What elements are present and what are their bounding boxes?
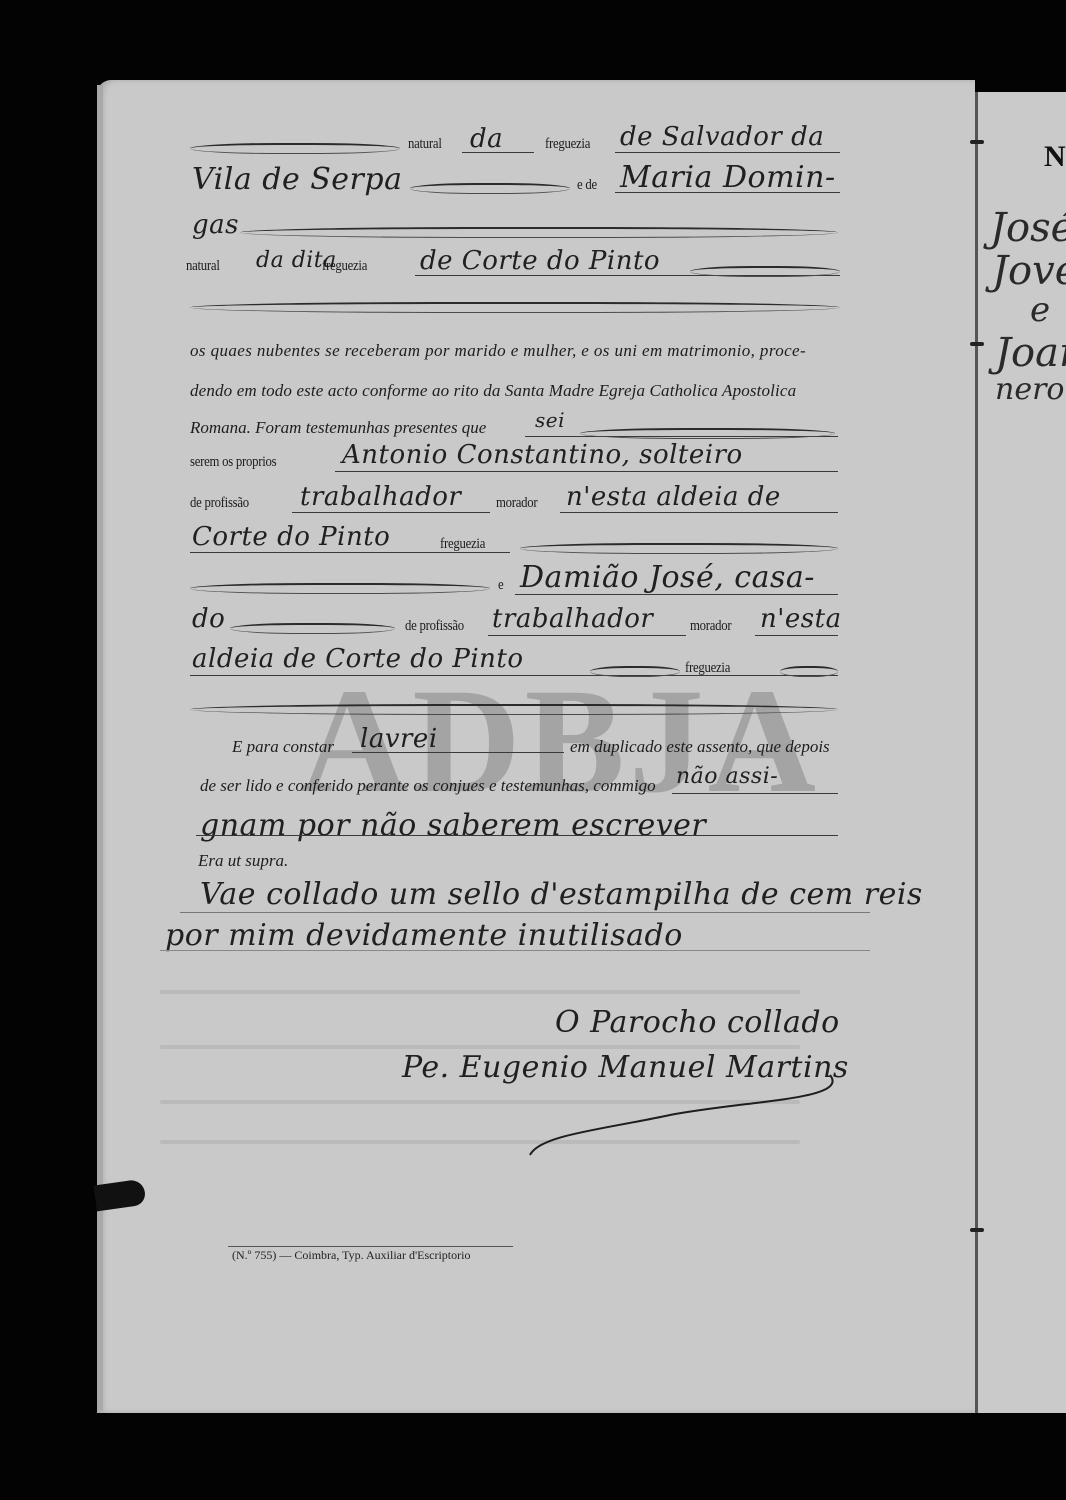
handwritten-field: gas <box>192 210 239 240</box>
printed-paragraph-line: de ser lido e conferido perante os conju… <box>200 776 656 796</box>
facing-page-heading: N <box>1044 140 1066 174</box>
filler-flourish <box>190 583 490 594</box>
printed-label: natural <box>408 136 442 153</box>
witness1-residence-cont: Corte do Pinto <box>192 522 390 552</box>
handwritten-field: de Corte do Pinto <box>420 246 660 276</box>
handwritten-field: gnam por não saberem escrever <box>200 808 706 843</box>
fill-line <box>615 152 840 153</box>
printed-label: morador <box>690 618 731 635</box>
handwritten-field: Maria Domin- <box>620 160 836 195</box>
fill-line <box>672 793 838 794</box>
fill-line <box>352 752 564 753</box>
filler-flourish <box>190 143 400 154</box>
handwritten-field: não assi- <box>676 764 778 789</box>
facing-page-line: e <box>1030 290 1050 330</box>
fill-line <box>196 835 838 836</box>
printed-paragraph-line: em duplicado este assento, que depois <box>570 737 830 757</box>
filler-flourish <box>780 666 838 677</box>
witness2-residence: n'esta <box>760 604 842 634</box>
filler-flourish <box>580 428 835 439</box>
facing-page-line: Jover <box>992 248 1066 294</box>
binding-stitch <box>970 140 984 144</box>
printed-label: serem os proprios <box>190 454 276 471</box>
fill-line <box>615 192 840 193</box>
bleed-through <box>160 1045 800 1049</box>
annotation-line: por mim devidamente inutilisado <box>165 918 683 953</box>
annotation-line: Vae collado um sello d'estampilha de cem… <box>200 877 923 912</box>
printer-imprint: (N.º 755) — Coimbra, Typ. Auxiliar d'Esc… <box>232 1248 470 1263</box>
printed-label: e <box>498 577 503 594</box>
fill-line <box>335 471 838 472</box>
facing-page-line: Joan <box>995 330 1066 376</box>
fill-line <box>515 594 838 595</box>
printed-label: freguezia <box>545 136 590 153</box>
printed-label: morador <box>496 495 537 512</box>
signature-title: O Parocho collado <box>555 1005 840 1040</box>
binding-stitch <box>970 342 984 346</box>
handwritten-field: Vila de Serpa <box>192 162 402 197</box>
binding-gutter <box>975 92 978 1413</box>
filler-flourish <box>520 543 838 554</box>
printed-paragraph-line: dendo em todo este acto conforme ao rito… <box>190 381 796 401</box>
printed-label: freguezia <box>685 660 730 677</box>
witness2-residence-cont: aldeia de Corte do Pinto <box>192 644 524 674</box>
fill-line <box>160 950 870 951</box>
handwritten-field: lavrei <box>360 724 438 754</box>
witness1-residence: n'esta aldeia de <box>566 482 781 512</box>
filler-flourish <box>230 623 395 634</box>
printed-label: freguezia <box>440 536 485 553</box>
printed-paragraph-line: os quaes nubentes se receberam por marid… <box>190 341 806 361</box>
printed-label: freguezia <box>322 258 367 275</box>
fill-line <box>488 635 686 636</box>
filler-flourish <box>240 227 838 238</box>
footer-rule <box>228 1246 513 1247</box>
printed-label: E para constar <box>232 737 334 757</box>
filler-flourish <box>690 266 840 277</box>
fill-line <box>462 152 534 153</box>
handwritten-field: da <box>470 124 503 154</box>
bleed-through <box>160 990 800 994</box>
printed-paragraph-line: Romana. Foram testemunhas presentes que <box>190 418 486 438</box>
facing-page-line: José <box>990 205 1066 251</box>
printed-label: de profissão <box>190 495 249 512</box>
printed-label: Era ut supra. <box>198 851 288 871</box>
printed-label: de profissão <box>405 618 464 635</box>
witness1-profession: trabalhador <box>300 482 461 512</box>
filler-flourish <box>590 666 680 677</box>
filler-flourish <box>190 704 838 715</box>
fill-line <box>180 912 870 913</box>
signature-flourish <box>520 1060 840 1160</box>
page-edge <box>97 85 103 1410</box>
fill-line <box>755 635 838 636</box>
witness1-name: Antonio Constantino, solteiro <box>342 440 743 470</box>
filler-flourish <box>410 183 570 194</box>
witness2-name: Damião José, casa- <box>520 560 815 595</box>
fill-line <box>292 512 490 513</box>
witness2-profession: trabalhador <box>492 604 653 634</box>
printed-label: e de <box>577 177 597 194</box>
fill-line <box>190 675 838 676</box>
handwritten-field: de Salvador da <box>620 122 824 152</box>
printed-label: natural <box>186 258 220 275</box>
binding-stitch <box>970 1228 984 1232</box>
fill-line <box>560 512 838 513</box>
filler-flourish <box>190 302 840 313</box>
document-page <box>97 80 975 1413</box>
handwritten-field: sei <box>535 408 565 432</box>
witness2-name-cont: do <box>192 604 225 634</box>
facing-page-line: nero C <box>995 372 1066 407</box>
